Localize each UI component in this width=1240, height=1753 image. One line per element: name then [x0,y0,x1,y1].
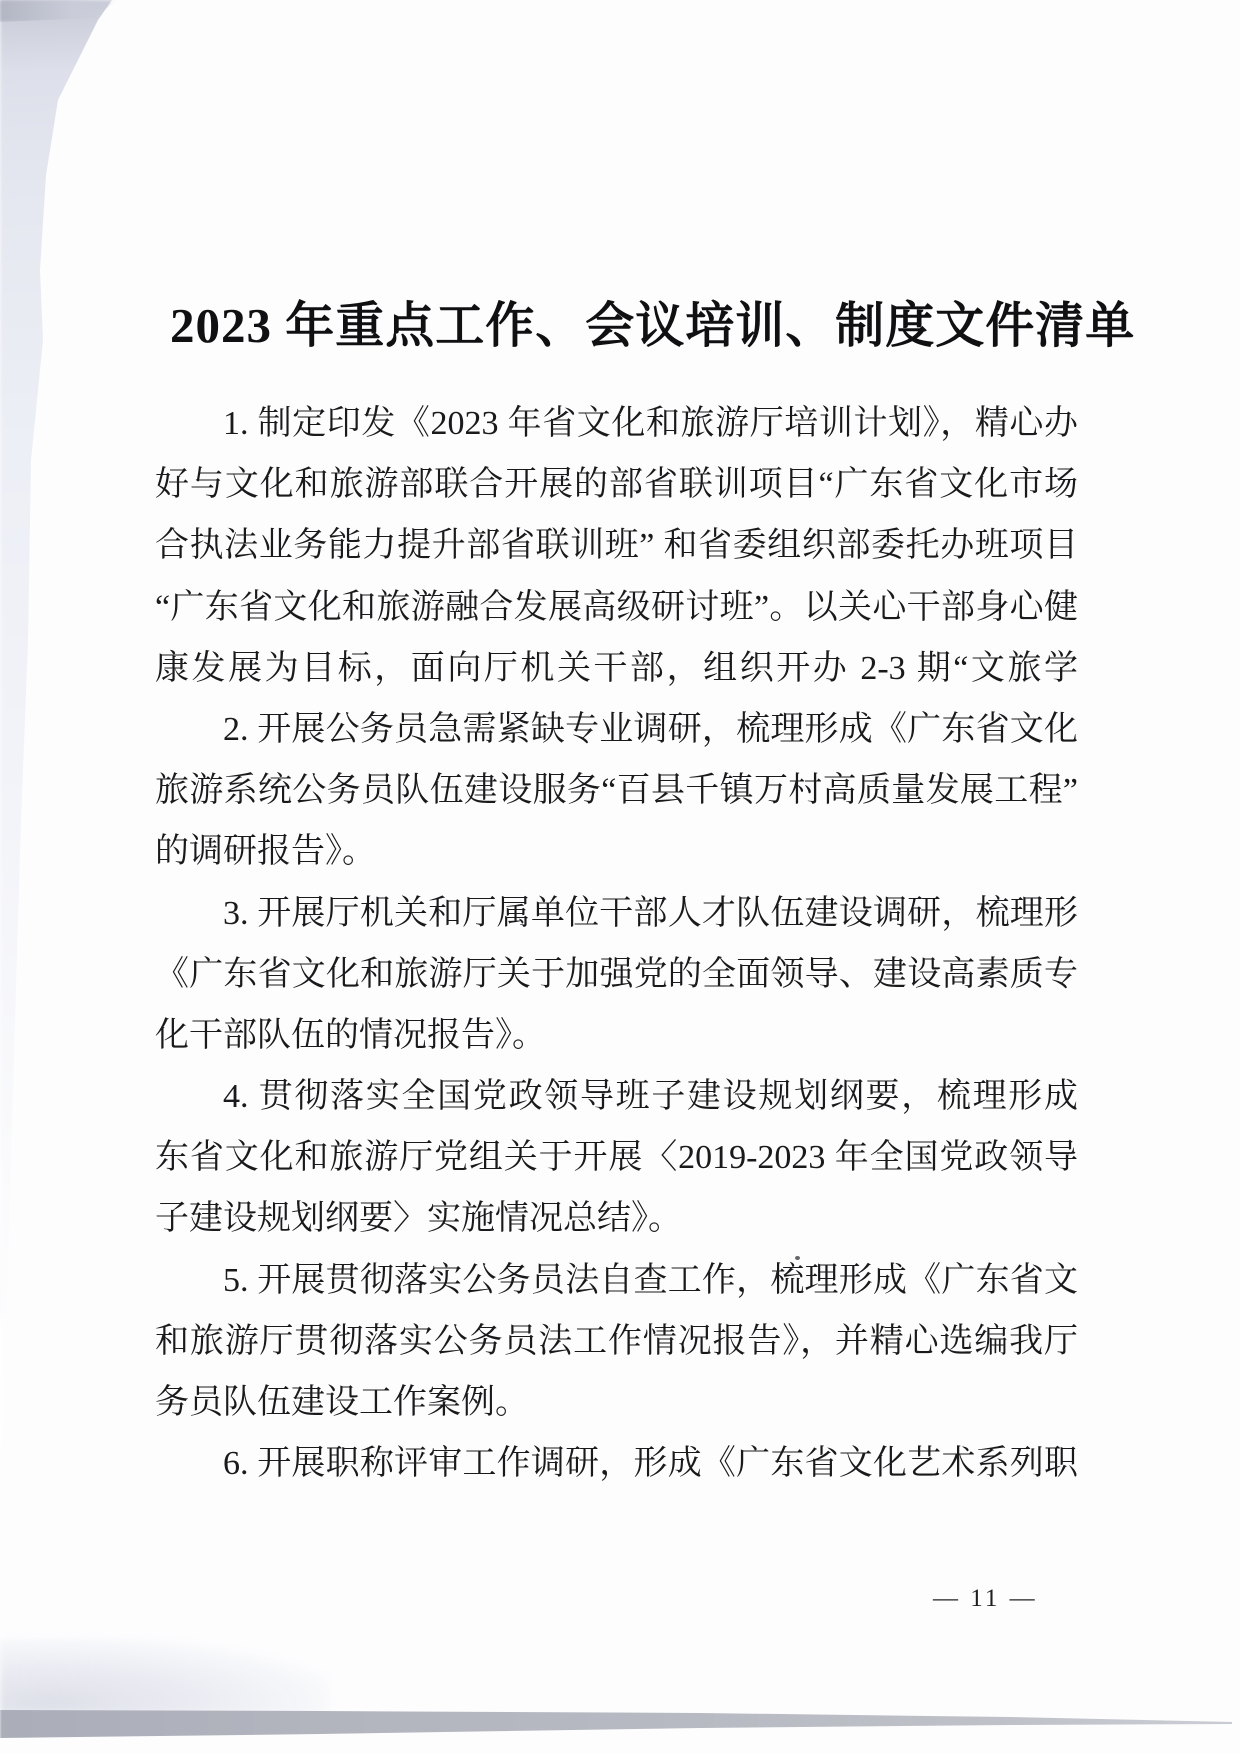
scanned-document-page: 2023 年重点工作、会议培训、制度文件清单 1. 制定印发《2023 年省文化… [0,0,1240,1753]
text-line: 4. 贯彻落实全国党政领导班子建设规划纲要，梳理形成《广 [155,1066,1078,1127]
document-title: 2023 年重点工作、会议培训、制度文件清单 [170,287,1135,357]
page-number: — 11 — [933,1585,1038,1613]
text-line: 化干部队伍的情况报告》。 [155,1005,1078,1066]
text-line: “广东省文化和旅游融合发展高级研讨班”。以关心干部身心健 [155,577,1078,638]
text-line: 3. 开展厅机关和厅属单位干部人才队伍建设调研，梳理形成 [155,883,1078,944]
text-line: 子建设规划纲要〉实施情况总结》。 [155,1188,1078,1249]
text-line: 东省文化和旅游厅党组关于开展〈2019-2023 年全国党政领导班 [155,1127,1078,1188]
text-line: 和旅游厅贯彻落实公务员法工作情况报告》，并精心选编我厅公 [155,1311,1078,1372]
text-line: 2. 开展公务员急需紧缺专业调研，梳理形成《广东省文化和 [155,699,1078,760]
text-line: 务员队伍建设工作案例。 [155,1372,1078,1433]
text-line: 6. 开展职称评审工作调研，形成《广东省文化艺术系列职称 [155,1433,1078,1494]
scan-edge-shadow-left [0,0,132,1460]
text-line: 5. 开展贯彻落实公务员法自查工作，梳理形成《广东省文化 [155,1250,1078,1311]
text-line: 1. 制定印发《2023 年省文化和旅游厅培训计划》，精心办 [155,393,1078,454]
text-line: 旅游系统公务员队伍建设服务“百县千镇万村高质量发展工程” [155,760,1078,821]
scan-edge-shadow-top-left [0,0,118,22]
text-line: 合执法业务能力提升部省联训班” 和省委组织部委托办班项目 [155,515,1078,576]
scan-shadow-bottom-left-haze [0,1638,330,1713]
text-line: 《广东省文化和旅游厅关于加强党的全面领导、建设高素质专业 [155,944,1078,1005]
text-line: 好与文化和旅游部联合开展的部省联训项目“广东省文化市场综 [155,454,1078,515]
scan-speck [795,1256,800,1260]
document-body: 1. 制定印发《2023 年省文化和旅游厅培训计划》，精心办 好与文化和旅游部联… [155,393,1078,1494]
text-line: 的调研报告》。 [155,821,1078,882]
text-line: 康发展为目标，面向厅机关干部，组织开办 2-3 期“文旅学堂”。 [155,638,1078,699]
